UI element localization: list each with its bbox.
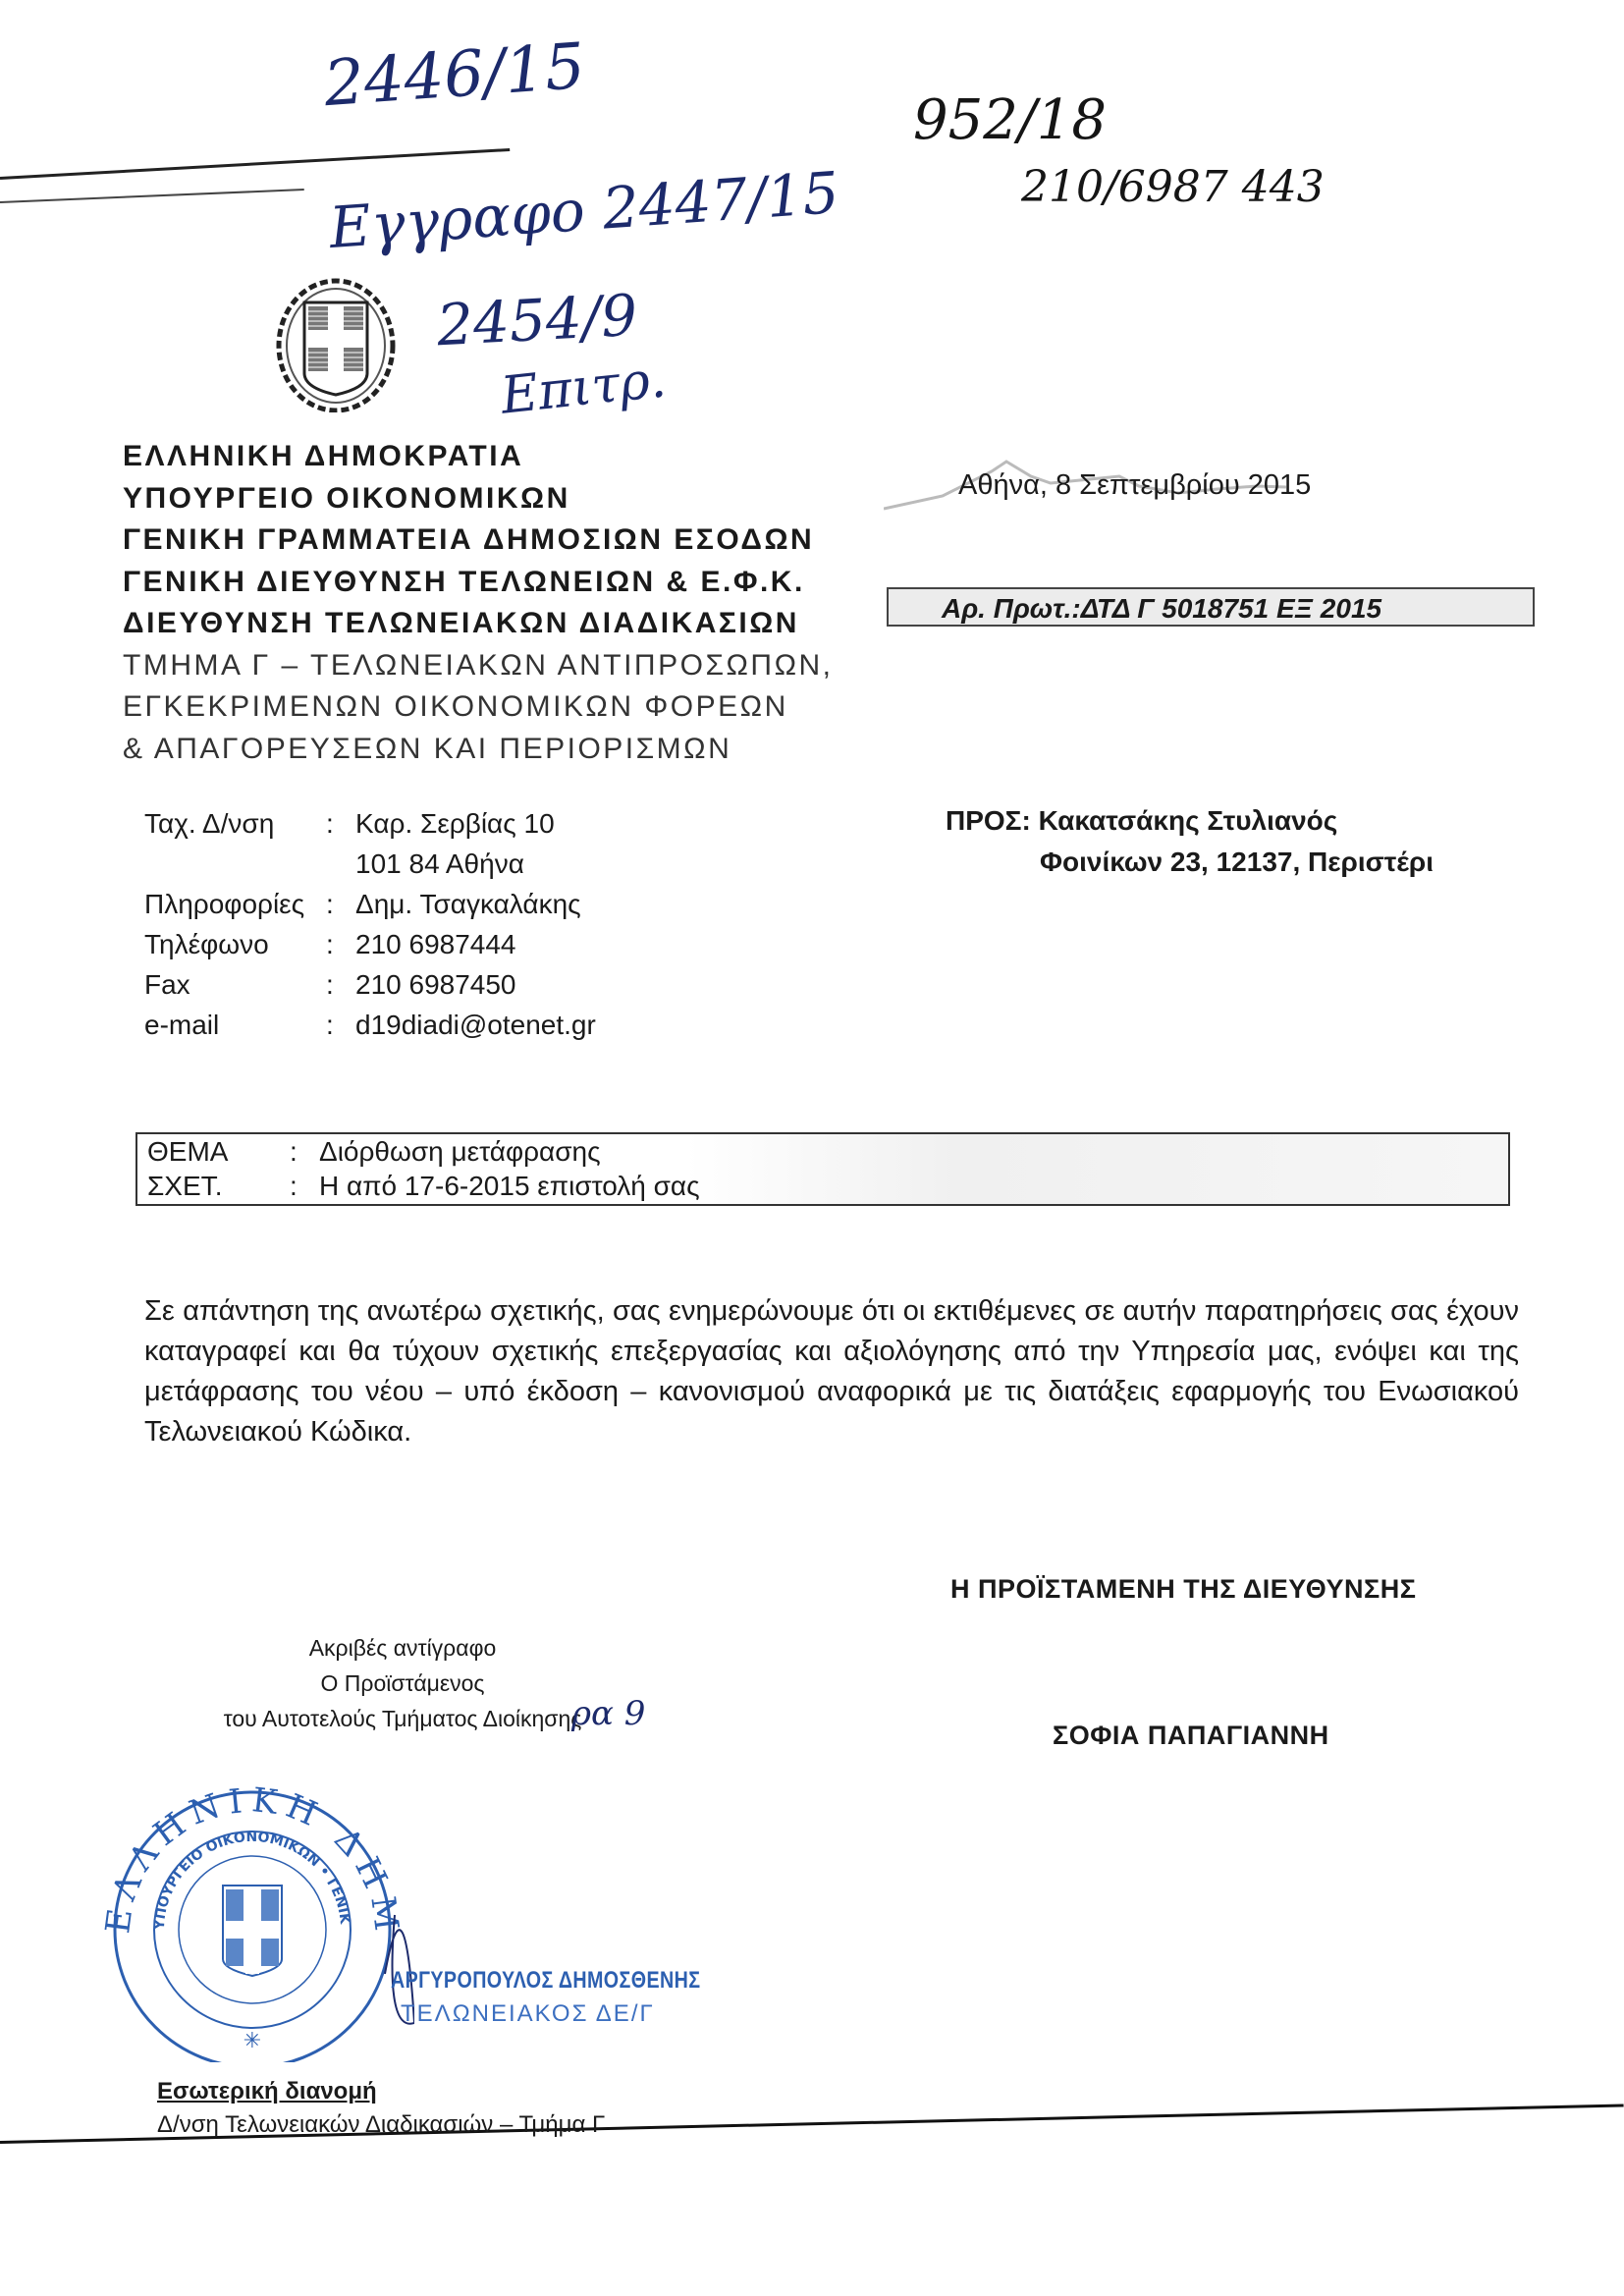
contact-value: 101 84 Αθήνα (355, 844, 524, 884)
recipient-address: Φοινίκων 23, 12137, Περιστέρι (946, 842, 1434, 883)
handwritten-note: 210/6987 443 (1021, 162, 1325, 212)
stamp-official-title: ΤΕΛΩΝΕΙΑΚΟΣ ΔΕ/Γ (401, 2000, 655, 2028)
header-line: ΕΛΛΗΝΙΚΗ ΔΗΜΟΚΡΑΤΙΑ (123, 436, 834, 478)
internal-distribution: Εσωτερική διανομή Δ/νση Τελωνειακών Διαδ… (157, 2075, 605, 2142)
subject-row: ΘΕΜΑ:Διόρθωση μετάφρασης (137, 1134, 1508, 1169)
header-line: ΤΜΗΜΑ Γ – ΤΕΛΩΝΕΙΑΚΩΝ ΑΝΤΙΠΡΟΣΩΠΩΝ, (123, 645, 834, 687)
signatory-title: Η ΠΡΟΪΣΤΑΜΕΝΗ ΤΗΣ ΔΙΕΥΘΥΝΣΗΣ (950, 1574, 1416, 1605)
contact-label (144, 844, 326, 884)
contact-value: Καρ. Σερβίας 10 (355, 803, 555, 844)
handwritten-note: Επιτρ. (498, 350, 669, 425)
protocol-number: Αρ. Πρωτ.:ΔΤΔ Γ 5018751 ΕΞ 2015 (887, 587, 1535, 627)
recipient-name: ΠΡΟΣ: Κακατσάκης Στυλιανός (946, 800, 1434, 842)
document-date: Αθήνα, 8 Σεπτεμβρίου 2015 (958, 469, 1311, 502)
contact-value: 210 6987444 (355, 924, 516, 964)
handwritten-note: 2454/9 (435, 282, 638, 359)
distribution-item: Δ/νση Τελωνειακών Διαδικασιών – Τμήμα Γ (157, 2108, 605, 2142)
header-line: ΕΓΚΕΚΡΙΜΕΝΩΝ ΟΙΚΟΝΟΜΙΚΩΝ ΦΟΡΕΩΝ (123, 686, 834, 729)
contact-label: e-mail (144, 1005, 326, 1045)
contact-row-info: Πληροφορίες:Δημ. Τσαγκαλάκης (144, 884, 596, 924)
header-line: ΥΠΟΥΡΓΕΙΟ ΟΙΚΟΝΟΜΙΚΩΝ (123, 478, 834, 520)
handwritten-note: 952/18 (913, 88, 1107, 152)
contact-row-phone: Τηλέφωνο:210 6987444 (144, 924, 596, 964)
contact-label: Τηλέφωνο (144, 924, 326, 964)
contact-label: Πληροφορίες (144, 884, 326, 924)
contact-row-fax: Fax:210 6987450 (144, 964, 596, 1005)
scan-edge-line (0, 189, 304, 203)
header-line: ΓΕΝΙΚΗ ΓΡΑΜΜΑΤΕΙΑ ΔΗΜΟΣΙΩΝ ΕΣΟΔΩΝ (123, 519, 834, 562)
signatory-name: ΣΟΦΙΑ ΠΑΠΑΓΙΑΝΝΗ (1053, 1721, 1329, 1751)
contact-value: Δημ. Τσαγκαλάκης (355, 884, 581, 924)
subject-box: ΘΕΜΑ:Διόρθωση μετάφρασης ΣΧΕΤ.:Η από 17-… (135, 1132, 1510, 1206)
contact-label: Fax (144, 964, 326, 1005)
header-line: ΔΙΕΥΘΥΝΣΗ ΤΕΛΩΝΕΙΑΚΩΝ ΔΙΑΔΙΚΑΣΙΩΝ (123, 603, 834, 645)
subject-value: Διόρθωση μετάφρασης (319, 1134, 601, 1169)
handwritten-note: Εγγραφο 2447/15 (327, 159, 840, 261)
certified-copy-label: Ακριβές αντίγραφο (147, 1630, 658, 1666)
issuer-header: ΕΛΛΗΝΙΚΗ ΔΗΜΟΚΡΑΤΙΑ ΥΠΟΥΡΓΕΙΟ ΟΙΚΟΝΟΜΙΚΩ… (123, 436, 834, 770)
subject-label: ΘΕΜΑ (147, 1134, 290, 1169)
contact-value: d19diadi@otenet.gr (355, 1005, 596, 1045)
contact-value: 210 6987450 (355, 964, 516, 1005)
reference-row: ΣΧΕΤ.:Η από 17-6-2015 επιστολή σας (137, 1169, 1508, 1203)
official-stamp-icon: ΕΛΛΗΝΙΚΗ ΔΗΜΟΚΡΑΤΙΑ ΥΠΟΥΡΓΕΙΟ ΟΙΚΟΝΟΜΙΚΩ… (90, 1768, 414, 2062)
contact-row-city: 101 84 Αθήνα (144, 844, 596, 884)
contact-row-email: e-mail:d19diadi@otenet.gr (144, 1005, 596, 1045)
handwritten-note: 2446/15 (322, 30, 587, 121)
contact-info: Ταχ. Δ/νση:Καρ. Σερβίας 10 101 84 Αθήνα … (144, 803, 596, 1045)
greek-coat-of-arms-icon (267, 275, 405, 412)
contact-row-address: Ταχ. Δ/νση:Καρ. Σερβίας 10 (144, 803, 596, 844)
handwritten-initials: ρα 9 (571, 1694, 645, 1733)
scan-edge-line (0, 148, 510, 180)
reference-label: ΣΧΕΤ. (147, 1169, 290, 1203)
stamp-official-name: ΑΡΓΥΡΟΠΟΥΛΟΣ ΔΗΜΟΣΘΕΝΗΣ (391, 1967, 700, 1995)
recipient-block: ΠΡΟΣ: Κακατσάκης Στυλιανός Φοινίκων 23, … (946, 800, 1434, 883)
reference-value: Η από 17-6-2015 επιστολή σας (319, 1169, 700, 1203)
contact-label: Ταχ. Δ/νση (144, 803, 326, 844)
distribution-title: Εσωτερική διανομή (157, 2075, 605, 2108)
header-line: ΓΕΝΙΚΗ ΔΙΕΥΘΥΝΣΗ ΤΕΛΩΝΕΙΩΝ & Ε.Φ.Κ. (123, 562, 834, 604)
svg-text:✳: ✳ (244, 2028, 261, 2052)
header-line: & ΑΠΑΓΟΡΕΥΣΕΩΝ ΚΑΙ ΠΕΡΙΟΡΙΣΜΩΝ (123, 729, 834, 771)
letter-body: Σε απάντηση της ανωτέρω σχετικής, σας εν… (144, 1291, 1519, 1452)
